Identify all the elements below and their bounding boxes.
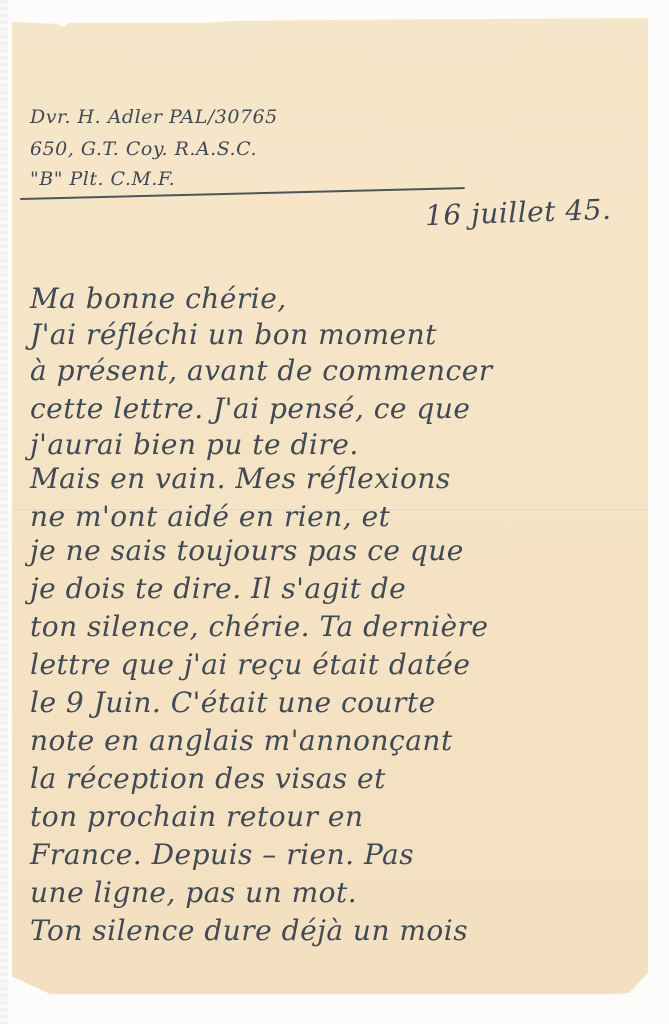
body-line: je dois te dire. Il s'agit de (30, 572, 406, 605)
body-line: j'aurai bien pu te dire. (30, 428, 359, 461)
body-line: J'ai réfléchi un bon moment (30, 318, 437, 351)
scanner-edge (0, 0, 8, 1024)
body-line: je ne sais toujours pas ce que (30, 534, 464, 567)
body-line: une ligne, pas un mot. (30, 876, 357, 909)
letter-date: 16 juillet 45. (424, 193, 611, 232)
body-line: ne m'ont aidé en rien, et (30, 500, 390, 533)
body-line: à présent, avant de commencer (30, 354, 493, 387)
scanned-letter: Dvr. H. Adler PAL/30765 650, G.T. Coy. R… (0, 0, 669, 1024)
sender-name-line: Dvr. H. Adler PAL/30765 (30, 106, 278, 128)
body-line: Ton silence dure déjà un mois (30, 914, 468, 947)
body-line: cette lettre. J'ai pensé, ce que (30, 392, 470, 425)
body-line: le 9 Juin. C'était une courte (30, 686, 436, 719)
body-line: la réception des visas et (30, 762, 386, 795)
body-line: France. Depuis – rien. Pas (30, 838, 414, 871)
body-line: note en anglais m'annonçant (30, 724, 453, 757)
body-line: lettre que j'ai reçu était datée (30, 648, 470, 681)
sender-platoon-line: "B" Plt. C.M.F. (30, 168, 175, 190)
salutation: Ma bonne chérie, (30, 282, 287, 315)
sender-unit-line: 650, G.T. Coy. R.A.S.C. (30, 138, 257, 160)
body-line: ton prochain retour en (30, 800, 364, 833)
body-line: Mais en vain. Mes réflexions (30, 462, 451, 495)
body-line: ton silence, chérie. Ta dernière (30, 610, 488, 643)
